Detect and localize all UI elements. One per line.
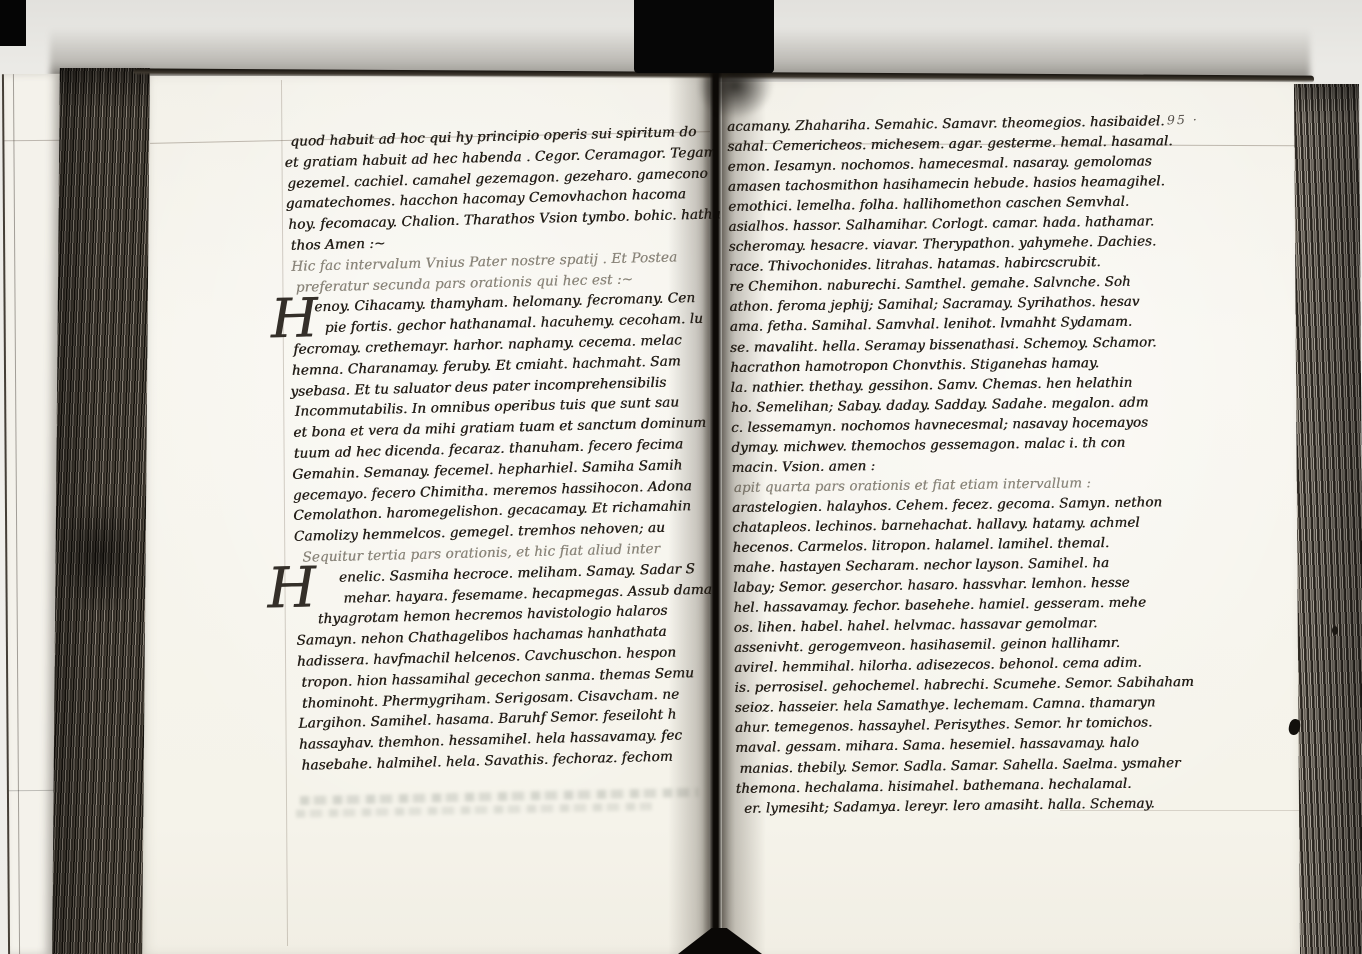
binding-clamp [634, 0, 774, 73]
frame-corner-mark [0, 0, 26, 46]
under-leaf-edge-line [13, 74, 20, 954]
under-leaf-ruling [4, 140, 64, 141]
folio-number: · 95 · [1155, 112, 1225, 128]
book-gutter [709, 70, 722, 954]
initial-letter-2: H [266, 560, 316, 617]
ink-blot [1332, 626, 1338, 635]
gutter-top-shadow [698, 64, 796, 136]
initial-letter-1: H [270, 291, 318, 346]
right-page-text: acamany. Zhahariha. Semahic. Samavr. the… [727, 113, 1242, 821]
gutter-shadow-left [668, 70, 714, 954]
gutter-shadow-right [722, 70, 766, 954]
left-page-edges [52, 68, 150, 954]
manuscript-photo: quod habuit ad hoc qui hy principio oper… [0, 0, 1362, 954]
right-page-edges [1294, 84, 1362, 954]
